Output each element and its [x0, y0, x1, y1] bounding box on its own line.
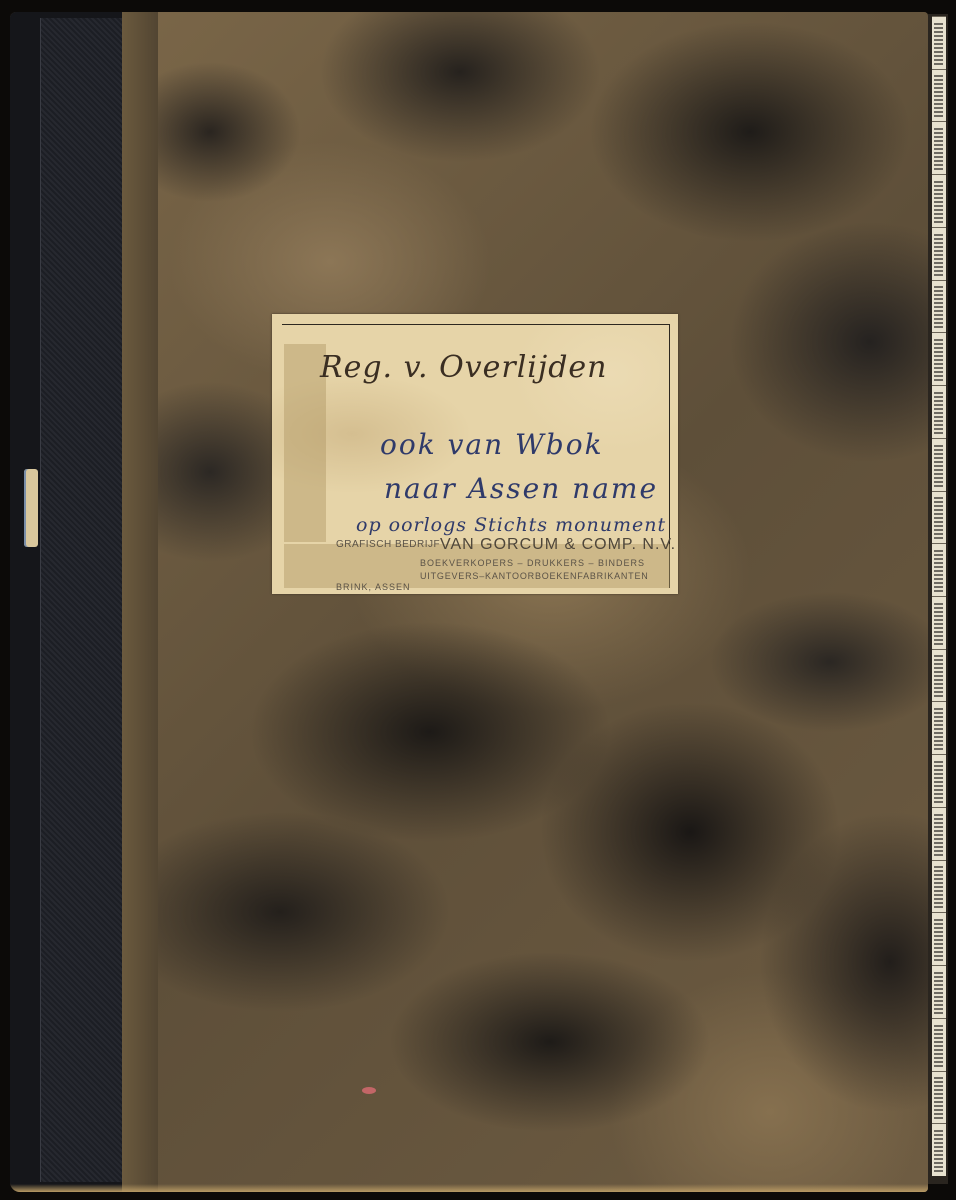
- index-tab: [932, 596, 946, 649]
- index-tab: [932, 121, 946, 174]
- index-tab: [932, 754, 946, 807]
- index-tab: [932, 1018, 946, 1071]
- book-cover: Reg. v. Overlijden ook van Wbok naar Ass…: [10, 12, 928, 1192]
- worn-bottom-edge: [10, 1184, 928, 1192]
- index-tab: [932, 280, 946, 333]
- red-mark: [362, 1087, 376, 1094]
- index-tab: [932, 807, 946, 860]
- index-tab: [932, 649, 946, 702]
- index-tab: [932, 912, 946, 965]
- index-tab: [932, 174, 946, 227]
- index-tab: [932, 491, 946, 544]
- index-tab: [932, 965, 946, 1018]
- index-tab: [932, 860, 946, 913]
- handwritten-line-4: op oorlogs Stichts monument: [356, 514, 666, 536]
- printed-grafisch-bedrijf: GRAFISCH BEDRIJF: [336, 539, 440, 550]
- spine: [10, 12, 130, 1192]
- spine-tag: [24, 469, 38, 547]
- index-tab: [932, 701, 946, 754]
- index-tab: [932, 69, 946, 122]
- index-tab: [932, 227, 946, 280]
- index-tab: [932, 385, 946, 438]
- printed-address: BRINK, ASSEN: [336, 582, 411, 592]
- handwritten-line-3: naar Assen name: [384, 472, 658, 505]
- index-tab: [932, 332, 946, 385]
- spine-board-edge: [122, 12, 158, 1192]
- marbled-board: [130, 12, 928, 1192]
- printed-company-name: VAN GORCUM & COMP. N.V.: [440, 536, 676, 554]
- index-tab: [932, 1123, 946, 1176]
- printed-manufacturers: UITGEVERS–KANTOORBOEKENFABRIKANTEN: [420, 571, 649, 581]
- handwritten-line-2: ook van Wbok: [380, 428, 604, 461]
- index-tab: [932, 1071, 946, 1124]
- printed-trades: BOEKVERKOPERS – DRUKKERS – BINDERS: [420, 558, 645, 568]
- handwritten-title: Reg. v. Overlijden: [320, 350, 608, 385]
- index-tab: [932, 438, 946, 491]
- index-tab: [932, 16, 946, 69]
- spine-cloth: [40, 18, 124, 1182]
- index-tab: [932, 543, 946, 596]
- cover-label: Reg. v. Overlijden ook van Wbok naar Ass…: [272, 314, 678, 594]
